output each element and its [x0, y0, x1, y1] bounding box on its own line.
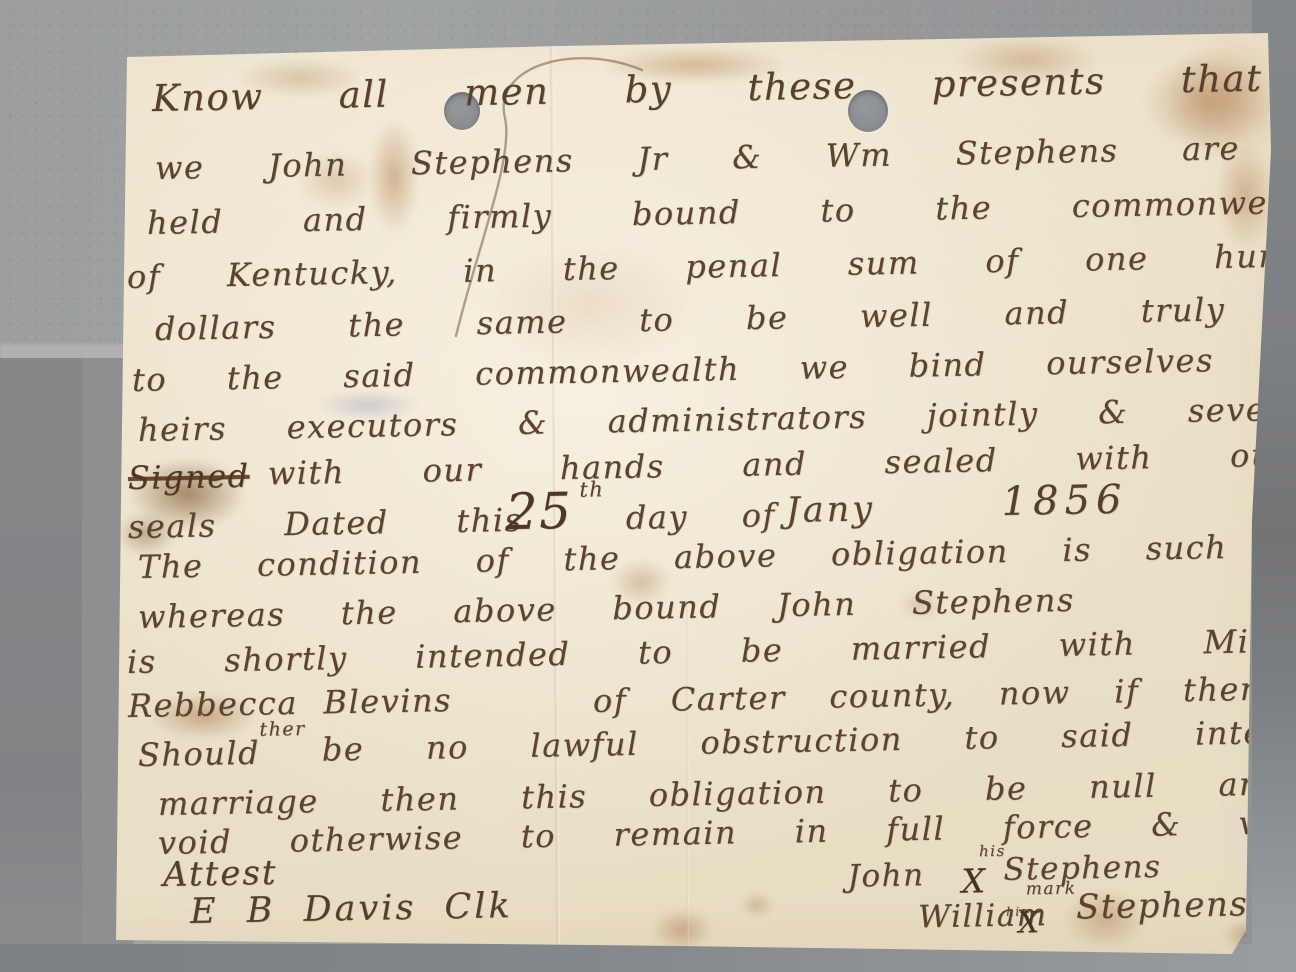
signature-block: John his X Stephens mark William his X S…: [829, 837, 1281, 967]
handwritten-line-1: Know all men by these presents that: [152, 60, 1263, 119]
william-x-mark: X: [1018, 907, 1041, 938]
struck-word: Signed: [128, 460, 250, 496]
photo-backdrop: Know all men by these presents that we J…: [0, 0, 1296, 972]
handwritten-line-4: of Kentucky, in the penal sum of one hun…: [127, 238, 1296, 294]
handwritten-line-5: dollars the same to be well and truly pa…: [155, 291, 1296, 347]
line-8-text: with our hands and sealed with our: [268, 439, 1290, 491]
handwritten-line-2: we John Stephens Jr & Wm Stephens are: [155, 132, 1240, 185]
backdrop-left-panel: [0, 358, 84, 972]
date-middle: day of: [626, 499, 777, 535]
handwritten-line-11: whereas the above bound John Stephens: [138, 584, 1075, 635]
date-year: 1856: [1001, 479, 1128, 523]
handwritten-line-13: of Carter county, now if there: [593, 672, 1278, 718]
john-his-label: his: [979, 844, 1006, 860]
stain: [740, 892, 774, 918]
attest-label: Attest: [163, 856, 278, 894]
inserted-word: ther: [259, 720, 306, 741]
john-signature-given: John: [847, 859, 925, 893]
date-day-suffix: th: [579, 478, 604, 501]
handwritten-line-3: held and firmly bound to the commonwealt…: [147, 185, 1296, 240]
clerk-signature: E B Davis Clk: [190, 888, 513, 931]
handwritten-line-6: to the said commonwealth we bind ourselv…: [132, 342, 1296, 398]
stain: [650, 908, 714, 952]
william-signature-surname: Stephens: [1076, 887, 1249, 926]
date-month: Jany: [785, 491, 875, 529]
john-x-mark: X: [961, 864, 987, 899]
document-paper: Know all men by these presents that we J…: [0, 0, 1296, 972]
date-prefix: seals Dated this: [128, 504, 523, 545]
line-14-text: be no lawful obstruction to said inter—: [322, 715, 1296, 767]
line-14-start: Should: [138, 737, 261, 773]
date-day: 25: [505, 485, 573, 539]
